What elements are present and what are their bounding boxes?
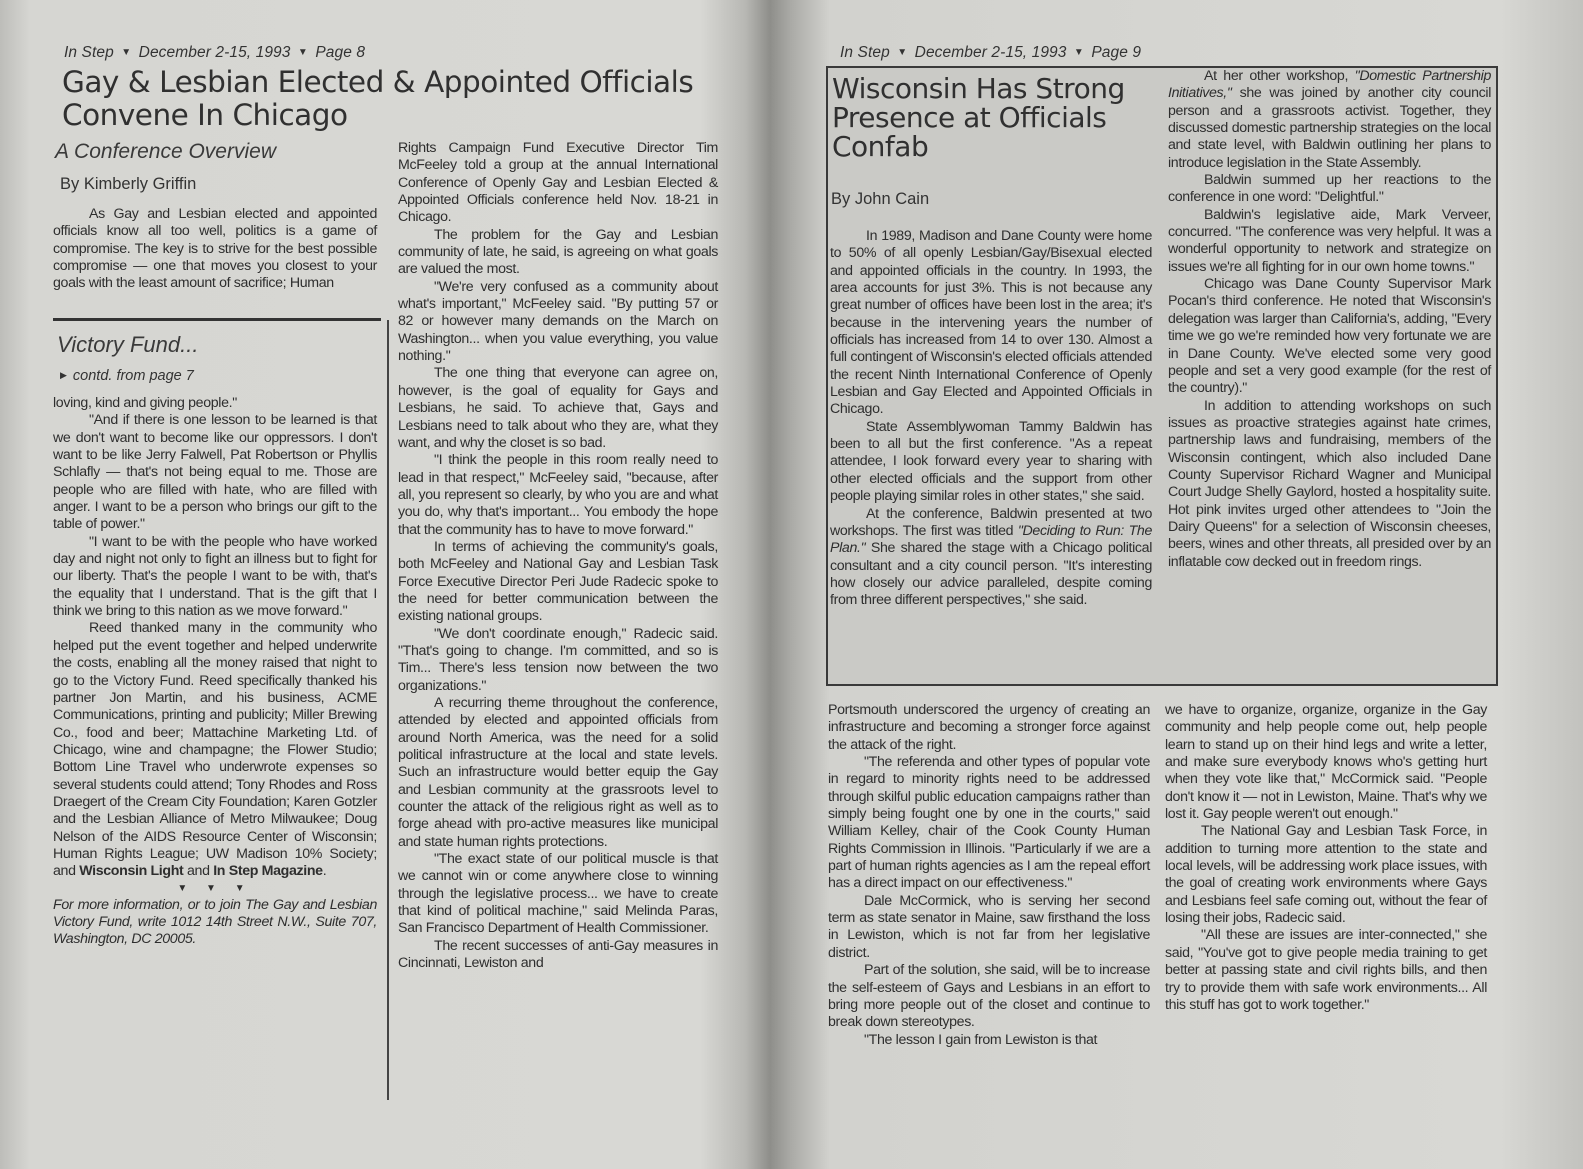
paragraph: A recurring theme throughout the confere… [398, 695, 718, 851]
continued-column-1: Portsmouth underscored the urgency of cr… [828, 702, 1150, 1049]
paragraph: For more information, or to join The Gay… [53, 897, 377, 949]
section-divider [53, 318, 381, 321]
page-8: In Step ▼ December 2-15, 1993 ▼ Page 8 G… [0, 0, 770, 1169]
paragraph: Baldwin's legislative aide, Mark Verveer… [1168, 207, 1491, 276]
article-byline: By Kimberly Griffin [60, 175, 196, 194]
bold-publication-name: Wisconsin Light [79, 863, 183, 879]
headline-line-3: Confab [832, 132, 1125, 161]
paragraph: Baldwin summed up her reactions to the c… [1168, 172, 1491, 207]
boxed-headline: Wisconsin Has Strong Presence at Officia… [832, 74, 1125, 161]
paragraph: In terms of achieving the community's go… [398, 539, 718, 626]
text-run: At her other workshop, [1204, 68, 1355, 84]
paragraph: loving, kind and giving people." [53, 395, 377, 412]
magazine-spread: In Step ▼ December 2-15, 1993 ▼ Page 8 G… [0, 0, 1583, 1169]
article-headline: Gay & Lesbian Elected & Appointed Offici… [62, 66, 693, 132]
headline-line-1: Wisconsin Has Strong [832, 74, 1125, 103]
text-run: She shared the stage with a Chicago poli… [830, 540, 1152, 608]
paragraph: Chicago was Dane County Supervisor Mark … [1168, 276, 1491, 397]
boxed-column-1: In 1989, Madison and Dane County were ho… [830, 228, 1152, 610]
article-column-1: As Gay and Lesbian elected and appointed… [53, 206, 377, 293]
paragraph: "The referenda and other types of popula… [828, 754, 1150, 893]
triangle-separator-icon: ▼ [295, 47, 311, 58]
paragraph: "I think the people in this room really … [398, 452, 718, 539]
continued-from-link[interactable]: ▶contd. from page 7 [60, 368, 194, 384]
article-column-2: Rights Campaign Fund Executive Director … [398, 140, 718, 973]
paragraph: Part of the solution, she said, will be … [828, 962, 1150, 1031]
folio-date: December 2-15, 1993 [915, 44, 1067, 61]
paragraph: Reed thanked many in the community who h… [53, 620, 377, 880]
paragraph: Rights Campaign Fund Executive Director … [398, 140, 718, 227]
headline-line-2: Presence at Officials [832, 103, 1125, 132]
folio-left: In Step ▼ December 2-15, 1993 ▼ Page 8 [64, 44, 365, 62]
arrow-right-icon: ▶ [60, 370, 67, 380]
text-run: . [323, 863, 327, 879]
paragraph: At the conference, Baldwin presented at … [830, 506, 1152, 610]
paragraph: The National Gay and Lesbian Task Force,… [1165, 823, 1487, 927]
headline-line-2: Convene In Chicago [62, 99, 693, 132]
folio-publication: In Step [64, 44, 114, 61]
paragraph: "And if there is one lesson to be learne… [53, 412, 377, 533]
paragraph: The problem for the Gay and Lesbian comm… [398, 227, 718, 279]
folio-publication: In Step [840, 44, 890, 61]
column-rule [387, 320, 389, 1100]
paragraph: As Gay and Lesbian elected and appointed… [53, 206, 377, 293]
paragraph: "We don't coordinate enough," Radecic sa… [398, 626, 718, 695]
contact-note: For more information, or to join The Gay… [53, 897, 377, 949]
triangle-separator-icon: ▼ [1071, 47, 1087, 58]
paragraph: "The lesson I gain from Lewiston is that [828, 1032, 1150, 1049]
sidebar-column: loving, kind and giving people.""And if … [53, 395, 377, 949]
triangle-separator-icon: ▼ [118, 47, 134, 58]
page-9: In Step ▼ December 2-15, 1993 ▼ Page 9 W… [790, 0, 1583, 1169]
triangle-separator-icon: ▼ [894, 47, 910, 58]
continued-column-2: we have to organize, organize, organize … [1165, 702, 1487, 1014]
text-run: and [183, 863, 213, 879]
folio-page: Page 9 [1091, 44, 1141, 61]
folio-date: December 2-15, 1993 [139, 44, 291, 61]
boxed-byline: By John Cain [831, 190, 929, 209]
bold-publication-name: In Step Magazine [213, 863, 323, 879]
paragraph: Dale McCormick, who is serving her secon… [828, 893, 1150, 962]
paragraph: In 1989, Madison and Dane County were ho… [830, 228, 1152, 419]
paragraph: "We're very confused as a community abou… [398, 279, 718, 366]
paragraph: "The exact state of our political muscle… [398, 851, 718, 938]
paragraph: In addition to attending workshops on su… [1168, 398, 1491, 571]
folio-page: Page 8 [315, 44, 365, 61]
dingbat-separator-icon: ▼ ▼ ▼ [53, 881, 377, 897]
paragraph: "All these are issues are inter-connecte… [1165, 927, 1487, 1014]
paragraph: "I want to be with the people who have w… [53, 534, 377, 621]
paragraph: The one thing that everyone can agree on… [398, 365, 718, 452]
paragraph: The recent successes of anti-Gay measure… [398, 938, 718, 973]
paragraph: Portsmouth underscored the urgency of cr… [828, 702, 1150, 754]
article-deck: A Conference Overview [55, 140, 276, 164]
paragraph: State Assemblywoman Tammy Baldwin has be… [830, 419, 1152, 506]
sidebar-title: Victory Fund... [57, 332, 198, 358]
contd-label: contd. from page 7 [73, 368, 194, 384]
folio-right: In Step ▼ December 2-15, 1993 ▼ Page 9 [840, 44, 1141, 62]
headline-line-1: Gay & Lesbian Elected & Appointed Offici… [62, 66, 693, 99]
paragraph: At her other workshop, "Domestic Partner… [1168, 68, 1491, 172]
boxed-column-2: At her other workshop, "Domestic Partner… [1168, 68, 1491, 571]
paragraph: we have to organize, organize, organize … [1165, 702, 1487, 823]
